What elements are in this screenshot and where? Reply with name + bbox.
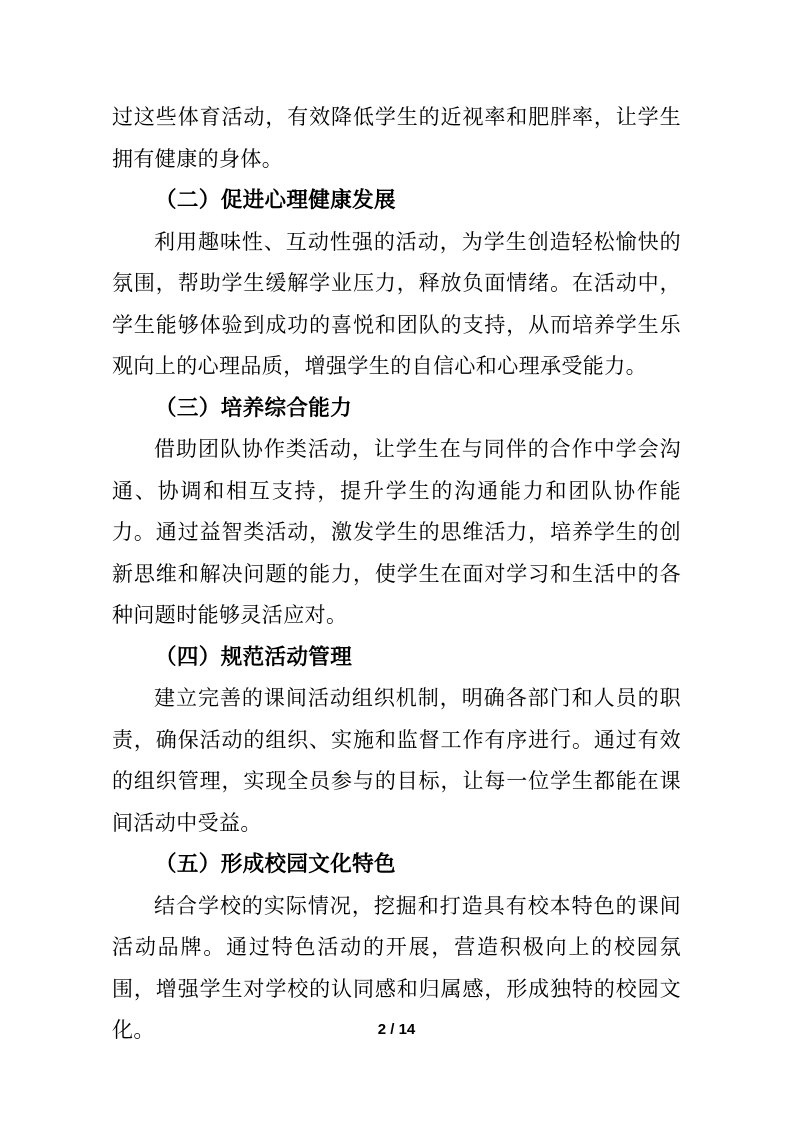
body-paragraph: 建立完善的课间活动组织机制，明确各部门和人员的职责，确保活动的组织、实施和监督工… <box>112 678 681 844</box>
body-paragraph: 借助团队协作类活动，让学生在与同伴的合作中学会沟通、协调和相互支持，提升学生的沟… <box>112 429 681 637</box>
section-heading-4: （四）规范活动管理 <box>112 637 681 679</box>
section-heading-2: （二）促进心理健康发展 <box>112 180 681 222</box>
document-body: 过这些体育活动，有效降低学生的近视率和肥胖率，让学生拥有健康的身体。 （二）促进… <box>112 97 681 1052</box>
page-number: 2 / 14 <box>112 1019 681 1041</box>
body-paragraph: 利用趣味性、互动性强的活动，为学生创造轻松愉快的氛围，帮助学生缓解学业压力，释放… <box>112 222 681 388</box>
document-page: 过这些体育活动，有效降低学生的近视率和肥胖率，让学生拥有健康的身体。 （二）促进… <box>0 0 793 1122</box>
section-heading-5: （五）形成校园文化特色 <box>112 844 681 886</box>
section-heading-3: （三）培养综合能力 <box>112 388 681 430</box>
body-paragraph-continuation: 过这些体育活动，有效降低学生的近视率和肥胖率，让学生拥有健康的身体。 <box>112 97 681 180</box>
